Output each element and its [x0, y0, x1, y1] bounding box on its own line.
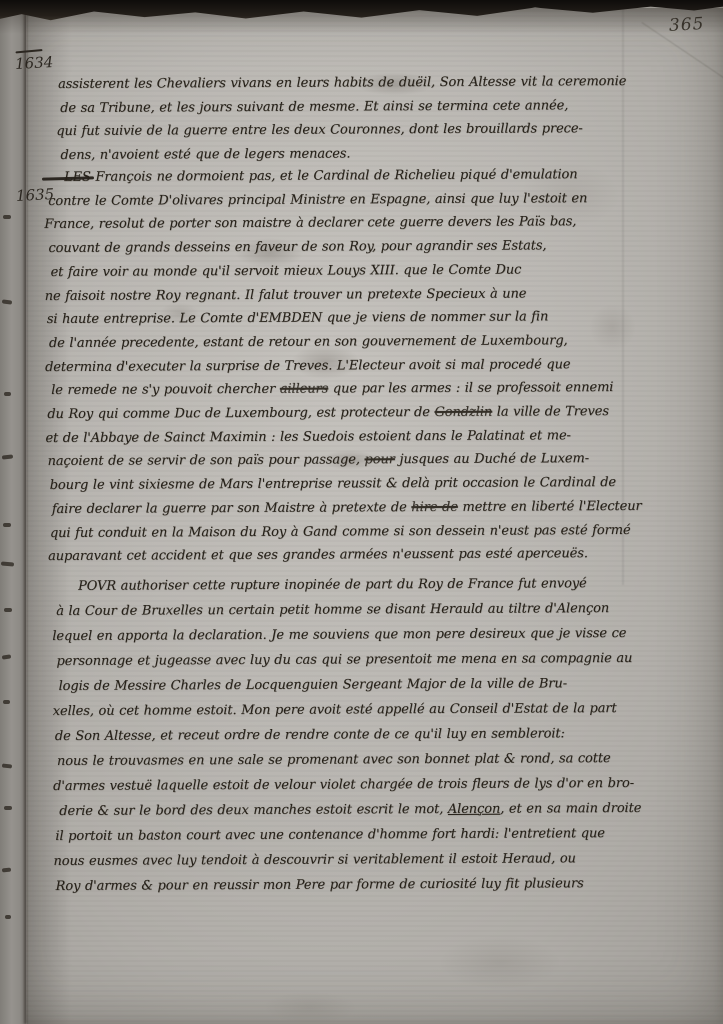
struck-word: hire de [411, 500, 458, 515]
manuscript-line: et faire voir au monde qu'il servoit mie… [50, 258, 640, 285]
manuscript-line: nous le trouvasmes en une sale se promen… [57, 746, 641, 774]
manuscript-line: derie & sur le bord des deux manches est… [59, 796, 641, 824]
manuscript-line: naçoient de se servir de son païs pour p… [47, 447, 641, 474]
manuscript-line: LES François ne dormoient pas, et le Car… [46, 163, 640, 190]
page-fold-crease [24, 0, 27, 1024]
edge-ink-showthrough [2, 868, 11, 873]
edge-ink-showthrough [3, 700, 10, 704]
margin-year-label: 1634 [15, 53, 54, 73]
paragraph-herald: POVR authoriser cette rupture inopinée d… [54, 571, 642, 899]
manuscript-line: il portoit un baston court avec une cont… [55, 821, 641, 849]
manuscript-line: personnage et jugeasse avec luy du cas q… [56, 646, 640, 674]
manuscript-line: de Son Altesse, et receut ordre de rendr… [55, 721, 641, 749]
edge-ink-showthrough [4, 608, 12, 612]
manuscript-line: contre le Comte D'olivares principal Min… [48, 187, 640, 214]
manuscript-line: faire declarer la guerre par son Maistre… [52, 495, 642, 522]
manuscript-line: du Roy qui comme Duc de Luxembourg, est … [47, 400, 641, 427]
paragraph-1634: assisterent les Chevaliers vivans en leu… [58, 70, 627, 167]
manuscript-line: ne faisoit nostre Roy regnant. Il falut … [45, 281, 641, 308]
manuscript-line: le remede ne s'y pouvoit chercher ailleu… [51, 376, 641, 403]
manuscript-line: logis de Messire Charles de Locquenguien… [59, 671, 641, 699]
manuscript-line: d'armes vestuë laquelle estoit de velour… [53, 771, 641, 799]
paper-mottling [245, 985, 375, 1024]
manuscript-line: determina d'executer la surprise de Trev… [45, 353, 641, 380]
manuscript-line: de l'année precedente, estant de retour … [49, 329, 641, 356]
edge-ink-showthrough [4, 392, 11, 396]
manuscript-line: auparavant cet accident et que ses grand… [48, 542, 642, 569]
edge-ink-showthrough [3, 523, 11, 527]
manuscript-line: de sa Tribune, et les jours suivant de m… [60, 94, 626, 120]
struck-word: Gondzlin [434, 405, 492, 420]
manuscript-line: assisterent les Chevaliers vivans en leu… [58, 70, 626, 96]
edge-ink-showthrough [3, 215, 11, 219]
edge-ink-showthrough [5, 915, 11, 919]
paper-mottling [415, 925, 585, 1000]
manuscript-line: si haute entreprise. Le Comte d'EMBDEN q… [47, 305, 641, 332]
edge-ink-showthrough [4, 806, 12, 810]
manuscript-line: Roy d'armes & pour en reussir mon Pere p… [56, 871, 642, 899]
struck-word: pour [364, 453, 394, 468]
manuscript-line: nous eusmes avec luy tendoit à descouvri… [53, 846, 641, 874]
manuscript-line: à la Cour de Bruxelles un certain petit … [56, 596, 640, 624]
manuscript-line: couvant de grands desseins en faveur de … [48, 234, 640, 261]
manuscript-line: xelles, où cet homme estoit. Mon pere av… [53, 696, 641, 724]
underlined-word: Alençon [448, 802, 500, 817]
manuscript-line: lequel en apporta la declaration. Je me … [52, 621, 640, 649]
margin-year-1634: 1634 [14, 49, 53, 73]
manuscript-line: POVR authoriser cette rupture inopinée d… [54, 571, 640, 599]
paragraph-1635: LES François ne dormoient pas, et le Car… [46, 163, 642, 569]
manuscript-line: bourg le vint sixiesme de Mars l'entrepr… [50, 471, 642, 498]
manuscript-line: qui fut conduit en la Maison du Roy à Ga… [50, 518, 642, 545]
manuscript-page: 365 1634 1635 assisterent les Chevaliers… [0, 0, 723, 1024]
manuscript-line: qui fut suivie de la guerre entre les de… [56, 117, 626, 143]
manuscript-line: et de l'Abbaye de Sainct Maximin : les S… [45, 424, 641, 451]
struck-word: ailleurs [280, 382, 328, 397]
manuscript-line: France, resolut de porter son maistre à … [44, 210, 640, 237]
